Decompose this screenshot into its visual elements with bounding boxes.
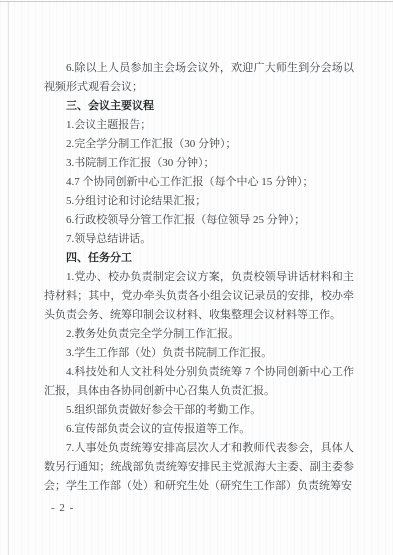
- paragraph: 4.7 个协同创新中心工作汇报（每个中心 15 分钟）；: [44, 173, 354, 192]
- page-top-edge-line: [0, 1, 393, 2]
- paragraph: 3.学生工作部（处）负责书院制工作汇报。: [44, 344, 354, 363]
- page-left-edge-line: [8, 2, 9, 555]
- page-number: - 2 -: [51, 500, 74, 517]
- paragraph: 7.人事处负责统筹安排高层次人才和教师代表参会，具体人数另行通知；统战部负责统筹…: [44, 439, 354, 496]
- paragraph: 6.宣传部负责会议的宣传报道等工作。: [44, 420, 354, 439]
- paragraph: 5.分组讨论和讨论结果汇报；: [44, 192, 354, 211]
- paragraph: 4.科技处和人文社科处分别负责统筹 7 个协同创新中心工作汇报，具体由各协同创新…: [44, 363, 354, 401]
- paragraph: 1.会议主题报告；: [44, 116, 354, 135]
- section-heading: 四、任务分工: [44, 249, 354, 268]
- paragraph: 2.教务处负责完全学分制工作汇报。: [44, 325, 354, 344]
- section-heading: 三、会议主要议程: [44, 97, 354, 116]
- paragraph: 2.完全学分制工作汇报（30 分钟）；: [44, 135, 354, 154]
- scanned-document-page: 6.除以上人员参加主会场会议外，欢迎广大师生到分会场以视频形式观看会议；三、会议…: [0, 0, 393, 555]
- paragraph: 3.书院制工作汇报（30 分钟）；: [44, 154, 354, 173]
- paragraph: 7.领导总结讲话。: [44, 230, 354, 249]
- paragraph: 6.行政校领导分管工作汇报（每位领导 25 分钟）；: [44, 211, 354, 230]
- paragraph: 1.党办、校办负责制定会议方案，负责校领导讲话材料和主持材料；其中，党办牵头负责…: [44, 268, 354, 325]
- paragraph: 5.组织部负责做好参会干部的考勤工作。: [44, 401, 354, 420]
- document-body: 6.除以上人员参加主会场会议外，欢迎广大师生到分会场以视频形式观看会议；三、会议…: [44, 59, 354, 496]
- paragraph: 6.除以上人员参加主会场会议外，欢迎广大师生到分会场以视频形式观看会议；: [44, 59, 354, 97]
